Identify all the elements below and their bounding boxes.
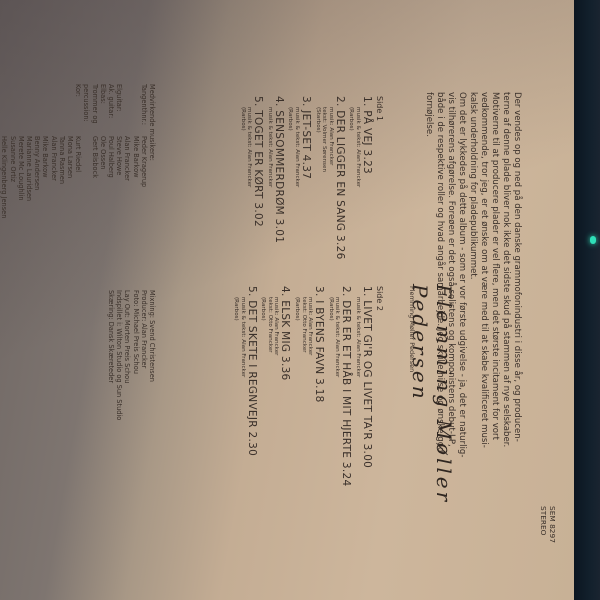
catalog-info: SEM 8297 STEREO xyxy=(539,506,556,543)
side-2-tracks: 1. LIVET GI'R OG LIVET TA'R 3.00musik & … xyxy=(232,286,373,526)
track-credit: (Rarbos) xyxy=(239,96,246,286)
track-credit: musik & tekst: Alan Francker xyxy=(246,96,253,286)
production-line: Indspillet i: Wilton Studio og Sun Studi… xyxy=(115,290,123,420)
liner-line: Der vendes op og ned på den danske gramm… xyxy=(511,92,522,512)
musicians-list: Tangenthnr.:Peder KragerupMike BarkowAla… xyxy=(0,84,148,218)
track-credit: tekst: Volmer Sørensen xyxy=(321,96,328,286)
track-title: 3. JET-SET 4.37 xyxy=(300,96,312,286)
production-line: Skæring: Dansk Skæreteder xyxy=(107,290,115,420)
track-credit: (Rarbos) xyxy=(327,286,334,526)
signer-name: Flemming Møller Pedersen xyxy=(408,286,416,372)
musician-role xyxy=(25,84,33,136)
track-title: 5. DET SKETE I REGNVEJR 2.30 xyxy=(246,286,258,526)
musician-role: Tangenthnr.: xyxy=(140,84,148,136)
musician-name: Merete Mc Loughlin xyxy=(17,136,25,201)
production-line: Lay Out: Morten Preis Schou xyxy=(123,290,131,420)
track-credit: musik & tekst: Alan Francker xyxy=(239,286,246,526)
musician-row: Alan Francker xyxy=(49,84,57,218)
track-title: 2. DER LIGGER EN SANG 3.26 xyxy=(334,96,346,286)
musician-role: Ak. guitar: xyxy=(107,84,115,136)
musician-name: Tanna Rasmen xyxy=(58,136,66,184)
track-title: 2. DER ER ET HÅB I MIT HJERTE 3.24 xyxy=(340,286,352,526)
track-credit: (Rarbos) xyxy=(293,286,300,526)
musician-row: Trommer ogGert Bisbock xyxy=(90,84,98,218)
musician-role xyxy=(49,84,57,136)
musician-name: Mike Barkow xyxy=(131,136,139,178)
track-title: 4. SENSOMMERDRØM 3.01 xyxy=(273,96,285,286)
musician-row: Helle Klingenberg Jensen xyxy=(0,84,8,218)
track-item: 1. LIVET GI'R OG LIVET TA'R 3.00musik & … xyxy=(354,286,373,526)
track-item: 5. DET SKETE I REGNVEJR 2.30musik & teks… xyxy=(232,286,257,526)
musician-name: Steve Howe xyxy=(115,136,123,175)
liner-line: kalsk underholdning for pladepublikummet… xyxy=(467,92,478,512)
track-credit: musik & tekst: Alan Francker xyxy=(354,96,361,286)
liner-line: vedkommende, tror jeg, er et ønske om at… xyxy=(478,92,489,512)
musician-row: Susanne Ortiz xyxy=(8,84,16,218)
musician-role: Trommer og xyxy=(90,84,98,136)
background-edge xyxy=(574,0,600,600)
side-2-title: Side 2 xyxy=(375,286,384,526)
track-credit: tekst: Otto Francker xyxy=(300,286,307,526)
musician-row: Mike Barkow xyxy=(131,84,139,218)
side-2-tracklist: Side 2 1. LIVET GI'R OG LIVET TA'R 3.00m… xyxy=(230,286,384,526)
stereo-label: STEREO xyxy=(539,506,548,543)
musician-role xyxy=(17,84,25,136)
musician-name: Susanne Ortiz xyxy=(8,136,16,182)
musician-role xyxy=(8,84,16,136)
track-title: 1. PÅ VEJ 3.23 xyxy=(361,96,373,286)
musician-name: Kurt Riedel xyxy=(74,136,82,172)
track-item: 3. I BYENS FAVN 3.18musik: Alan Francker… xyxy=(293,286,325,526)
track-credit: (Rarbos) xyxy=(232,286,239,526)
track-credit: musik & tekst: Alan Francker xyxy=(354,286,361,526)
musician-role: Kor: xyxy=(74,84,82,136)
track-credit: (Rarbos) xyxy=(287,96,294,286)
musician-name: Peder Kragerup xyxy=(140,136,148,187)
musician-name: Gert Bisbock xyxy=(90,136,98,178)
track-item: 3. JET-SET 4.37musik & tekst: Alan Franc… xyxy=(287,96,312,286)
track-item: 4. SENSOMMERDRØM 3.01musik & tekst: Alan… xyxy=(266,96,285,286)
track-item: 5. TOGET ER KØRT 3.02musik & tekst: Alan… xyxy=(239,96,264,286)
track-title: 5. TOGET ER KØRT 3.02 xyxy=(252,96,264,286)
track-credit: musik & tekst: Alan Francker xyxy=(293,96,300,286)
musician-row: Alan Francker xyxy=(123,84,131,218)
track-item: 2. DER LIGGER EN SANG 3.26musik: Alan Fr… xyxy=(314,96,346,286)
track-item: 1. PÅ VEJ 3.23musik & tekst: Alan Franck… xyxy=(348,96,373,286)
track-title: 3. I BYENS FAVN 3.18 xyxy=(313,286,325,526)
musician-row: Ak. guitar:Poul Halberg xyxy=(107,84,115,218)
musician-row: Tangenthnr.:Peder Kragerup xyxy=(140,84,148,218)
musician-name: Ole Ossen xyxy=(99,136,107,169)
production-credits: Mixning: Svend ChristensenProducer: Alan… xyxy=(107,290,156,420)
track-item: 2. DER ER ET HÅB I MIT HJERTE 3.24musik … xyxy=(327,286,352,526)
side-1-title: Side 1 xyxy=(375,96,384,286)
track-credit: musik: Alan Francker xyxy=(273,286,280,526)
musician-role: Elguitar: xyxy=(115,84,123,136)
track-credit: (Rarbos) xyxy=(260,286,267,526)
musician-row: percussion: xyxy=(82,84,90,218)
musician-role xyxy=(0,84,8,136)
musician-role: percussion: xyxy=(82,84,90,136)
musician-role xyxy=(41,84,49,136)
musician-row: Benny Andersen xyxy=(33,84,41,218)
musician-name: Poul Halberg xyxy=(107,136,115,178)
musician-row: Mike Barkow xyxy=(41,84,49,218)
musician-role xyxy=(131,84,139,136)
production-line: Mixning: Svend Christensen xyxy=(148,290,156,420)
musician-role xyxy=(58,84,66,136)
musician-row: Marianne Lauridsen xyxy=(25,84,33,218)
musician-row: Merete Mc Loughlin xyxy=(17,84,25,218)
musician-name: Alan Francker xyxy=(123,136,131,181)
musician-name: Marianne Lauridsen xyxy=(25,136,33,201)
musician-name: Alan Francker xyxy=(49,136,57,181)
production-line: Producer: Alan Francker xyxy=(140,290,148,420)
musician-role: Elbas: xyxy=(99,84,107,136)
musicians-credits: Medvirkende musikere: Tangenthnr.:Peder … xyxy=(0,84,156,218)
musician-row: Elguitar:Steve Howe xyxy=(115,84,123,218)
track-title: 4. ELSK MIG 3.36 xyxy=(279,286,291,526)
catalog-number: SEM 8297 xyxy=(548,506,557,543)
musicians-heading: Medvirkende musikere: xyxy=(148,84,156,218)
track-credit: tekst: Otto Francker xyxy=(266,286,273,526)
musician-role xyxy=(33,84,41,136)
track-credit: (Starbos) xyxy=(314,96,321,286)
side-1-tracklist: Side 1 1. PÅ VEJ 3.23musik & tekst: Alan… xyxy=(237,96,384,286)
led-light xyxy=(590,236,596,244)
liner-line: Motiverne til at producere plader er vel… xyxy=(489,92,500,512)
track-credit: musik & tekst: Alan Francker xyxy=(334,286,341,526)
track-credit: musik: Alan Francker xyxy=(307,286,314,526)
musician-role xyxy=(66,84,74,136)
musician-row: Elbas:Ole Ossen xyxy=(99,84,107,218)
rotated-liner-content: Der vendes op og ned på den danske gramm… xyxy=(0,0,574,600)
musician-row: Tanna Rasmen xyxy=(58,84,66,218)
track-credit: musik: Alan Francker xyxy=(327,96,334,286)
production-line: Foto: Michael Preis Schou xyxy=(131,290,139,420)
musician-name: Mike Barkow xyxy=(41,136,49,178)
track-credit: musik & tekst: Alan Francker xyxy=(266,96,273,286)
side-1-tracks: 1. PÅ VEJ 3.23musik & tekst: Alan Franck… xyxy=(239,96,373,286)
musician-role xyxy=(123,84,131,136)
track-item: 4. ELSK MIG 3.36musik: Alan Franckerteks… xyxy=(260,286,292,526)
musician-name: Helle Klingenberg Jensen xyxy=(0,136,8,218)
track-credit: (Rarbos) xyxy=(348,96,355,286)
musician-row: Kor:Kurt Riedel xyxy=(74,84,82,218)
liner-line: terne af denne plade bliver nok ikke det… xyxy=(500,92,511,512)
musician-row: Mona Larsen xyxy=(66,84,74,218)
track-title: 1. LIVET GI'R OG LIVET TA'R 3.00 xyxy=(361,286,373,526)
musician-name: Mona Larsen xyxy=(66,136,74,178)
liner-line: Om det er lykkedes på dette album - som … xyxy=(456,92,467,512)
musician-name: Benny Andersen xyxy=(33,136,41,190)
